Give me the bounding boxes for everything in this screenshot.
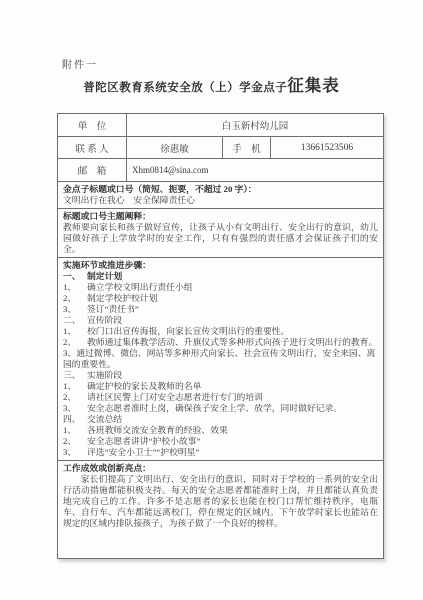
step-text: 制定计划 xyxy=(87,271,122,281)
step-number: 3、 xyxy=(63,348,76,358)
step-text: 通过微博、微信、网站等多种形式向家长、社会宣传文明出行，安全来园、离园的重要性。 xyxy=(63,348,375,369)
document-title-prefix: 普陀区教育系统安全放（上）学金点子 xyxy=(83,82,287,94)
step-line: 三、实施阶段 xyxy=(63,370,378,381)
step-line: 1、确立学校文明出行责任小组 xyxy=(63,282,378,293)
results-body: 家长们提高了文明出行、安全出行的意识，同时对于学校的一系列的安全出行活动措施都能… xyxy=(63,474,378,529)
step-number: 3、 xyxy=(63,447,87,458)
step-line: 二、宣传阶段 xyxy=(63,315,378,326)
email-row: 邮 箱 Xhm0814@sina.com xyxy=(58,159,384,182)
step-text: 各班教师交流安全教育的经验、效果 xyxy=(87,425,228,435)
steps-heading: 实施环节或推进步骤： xyxy=(63,260,378,271)
document-page: 附件一 普陀区教育系统安全放（上）学金点子征集表 单 位 白玉新村幼儿园 联 系… xyxy=(0,0,423,600)
step-line: 2、教师通过集体教学活动、升旗仪式等多种形式向孩子进行文明出行的教育。 xyxy=(63,337,378,348)
interpretation-heading: 标题或口号主题阐释： xyxy=(63,211,378,222)
step-number: 3、 xyxy=(63,304,87,315)
step-number: 1、 xyxy=(63,425,87,436)
step-text: 确立学校文明出行责任小组 xyxy=(87,282,193,292)
step-number: 二、 xyxy=(63,315,87,326)
step-text: 确定护校的家长及教师的名单 xyxy=(87,381,201,391)
step-number: 2、 xyxy=(63,436,87,447)
contact-value: 徐惠敏 xyxy=(127,137,223,159)
unit-label: 单 位 xyxy=(58,114,127,137)
step-number: 1、 xyxy=(63,326,87,337)
step-number: 四、 xyxy=(63,414,87,425)
interpretation-row: 标题或口号主题阐释： 教师要向家长和孩子做好宣传，让孩子从小有文明出行、安全出行… xyxy=(58,209,384,258)
step-line: 1、各班教师交流安全教育的经验、效果 xyxy=(63,425,378,436)
mobile-value: 13661523506 xyxy=(271,137,384,159)
contact-label: 联 系 人 xyxy=(58,137,127,159)
document-title: 普陀区教育系统安全放（上）学金点子征集表 xyxy=(0,72,423,96)
results-row: 工作成效或创新亮点： 家长们提高了文明出行、安全出行的意识，同时对于学校的一系列… xyxy=(58,461,384,559)
contact-row: 联 系 人 徐惠敏 手 机 13661523506 xyxy=(58,137,384,159)
step-line: 1、校门口出宣传海报，向家长宣传文明出行的重要性。 xyxy=(63,326,378,337)
step-number: 3、 xyxy=(63,403,87,414)
step-text: 实施阶段 xyxy=(87,370,122,380)
step-text: 请社区民警上门对安全志愿者进行专门的培训 xyxy=(87,392,263,402)
steps-row: 实施环节或推进步骤： 一、制定计划 1、确立学校文明出行责任小组 2、制定学校护… xyxy=(58,258,384,461)
slogan-heading: 金点子标题或口号（简短、扼要，不超过 20 字）： xyxy=(63,184,378,195)
form-table: 单 位 白玉新村幼儿园 联 系 人 徐惠敏 手 机 13661523506 邮 … xyxy=(57,113,384,559)
step-line: 一、制定计划 xyxy=(63,271,378,282)
unit-value: 白玉新村幼儿园 xyxy=(127,114,384,137)
step-number: 一、 xyxy=(63,271,87,282)
step-text: 校门口出宣传海报，向家长宣传文明出行的重要性。 xyxy=(87,326,289,336)
step-line: 1、确定护校的家长及教师的名单 xyxy=(63,381,378,392)
step-line: 3、安全志愿者准时上岗，确保孩子安全上学、放学，同时做好记录。 xyxy=(63,403,378,414)
step-line: 2、安全志愿者讲讲“护校小故事” xyxy=(63,436,378,447)
email-value: Xhm0814@sina.com xyxy=(127,159,384,182)
step-line: 3、评选“安全小卫士”“护校明星” xyxy=(63,447,378,458)
results-heading: 工作成效或创新亮点： xyxy=(63,463,378,474)
step-text: 安全志愿者准时上岗，确保孩子安全上学、放学，同时做好记录。 xyxy=(87,403,342,413)
step-text: 签订“责任书” xyxy=(87,304,139,314)
step-line: 2、制定学校护校计划 xyxy=(63,293,378,304)
step-line: 四、交流总结 xyxy=(63,414,378,425)
step-text: 安全志愿者讲讲“护校小故事” xyxy=(87,436,200,446)
interpretation-body: 教师要向家长和孩子做好宣传，让孩子从小有文明出行、安全出行的意识，幼儿园做好孩子… xyxy=(63,222,378,255)
step-text: 教师通过集体教学活动、升旗仪式等多种形式向孩子进行文明出行的教育。 xyxy=(87,337,377,347)
attachment-label: 附件一 xyxy=(62,56,98,71)
email-label: 邮 箱 xyxy=(58,159,127,182)
step-line: 3、通过微博、微信、网站等多种形式向家长、社会宣传文明出行，安全来园、离园的重要… xyxy=(63,348,378,370)
step-line: 3、签订“责任书” xyxy=(63,304,378,315)
step-number: 1、 xyxy=(63,282,87,293)
slogan-value: 文明出行在我心 安全保障责任心 xyxy=(63,195,378,206)
step-text: 制定学校护校计划 xyxy=(87,293,157,303)
step-text: 评选“安全小卫士”“护校明星” xyxy=(87,447,199,457)
step-number: 2、 xyxy=(63,337,87,348)
unit-row: 单 位 白玉新村幼儿园 xyxy=(58,114,384,137)
step-line: 2、请社区民警上门对安全志愿者进行专门的培训 xyxy=(63,392,378,403)
step-number: 2、 xyxy=(63,293,87,304)
document-title-emphasis: 征集表 xyxy=(287,76,340,95)
slogan-row: 金点子标题或口号（简短、扼要，不超过 20 字）： 文明出行在我心 安全保障责任… xyxy=(58,182,384,209)
step-number: 2、 xyxy=(63,392,87,403)
step-text: 宣传阶段 xyxy=(87,315,122,325)
step-text: 交流总结 xyxy=(87,414,122,424)
step-number: 1、 xyxy=(63,381,87,392)
step-number: 三、 xyxy=(63,370,87,381)
mobile-label: 手 机 xyxy=(223,137,271,159)
